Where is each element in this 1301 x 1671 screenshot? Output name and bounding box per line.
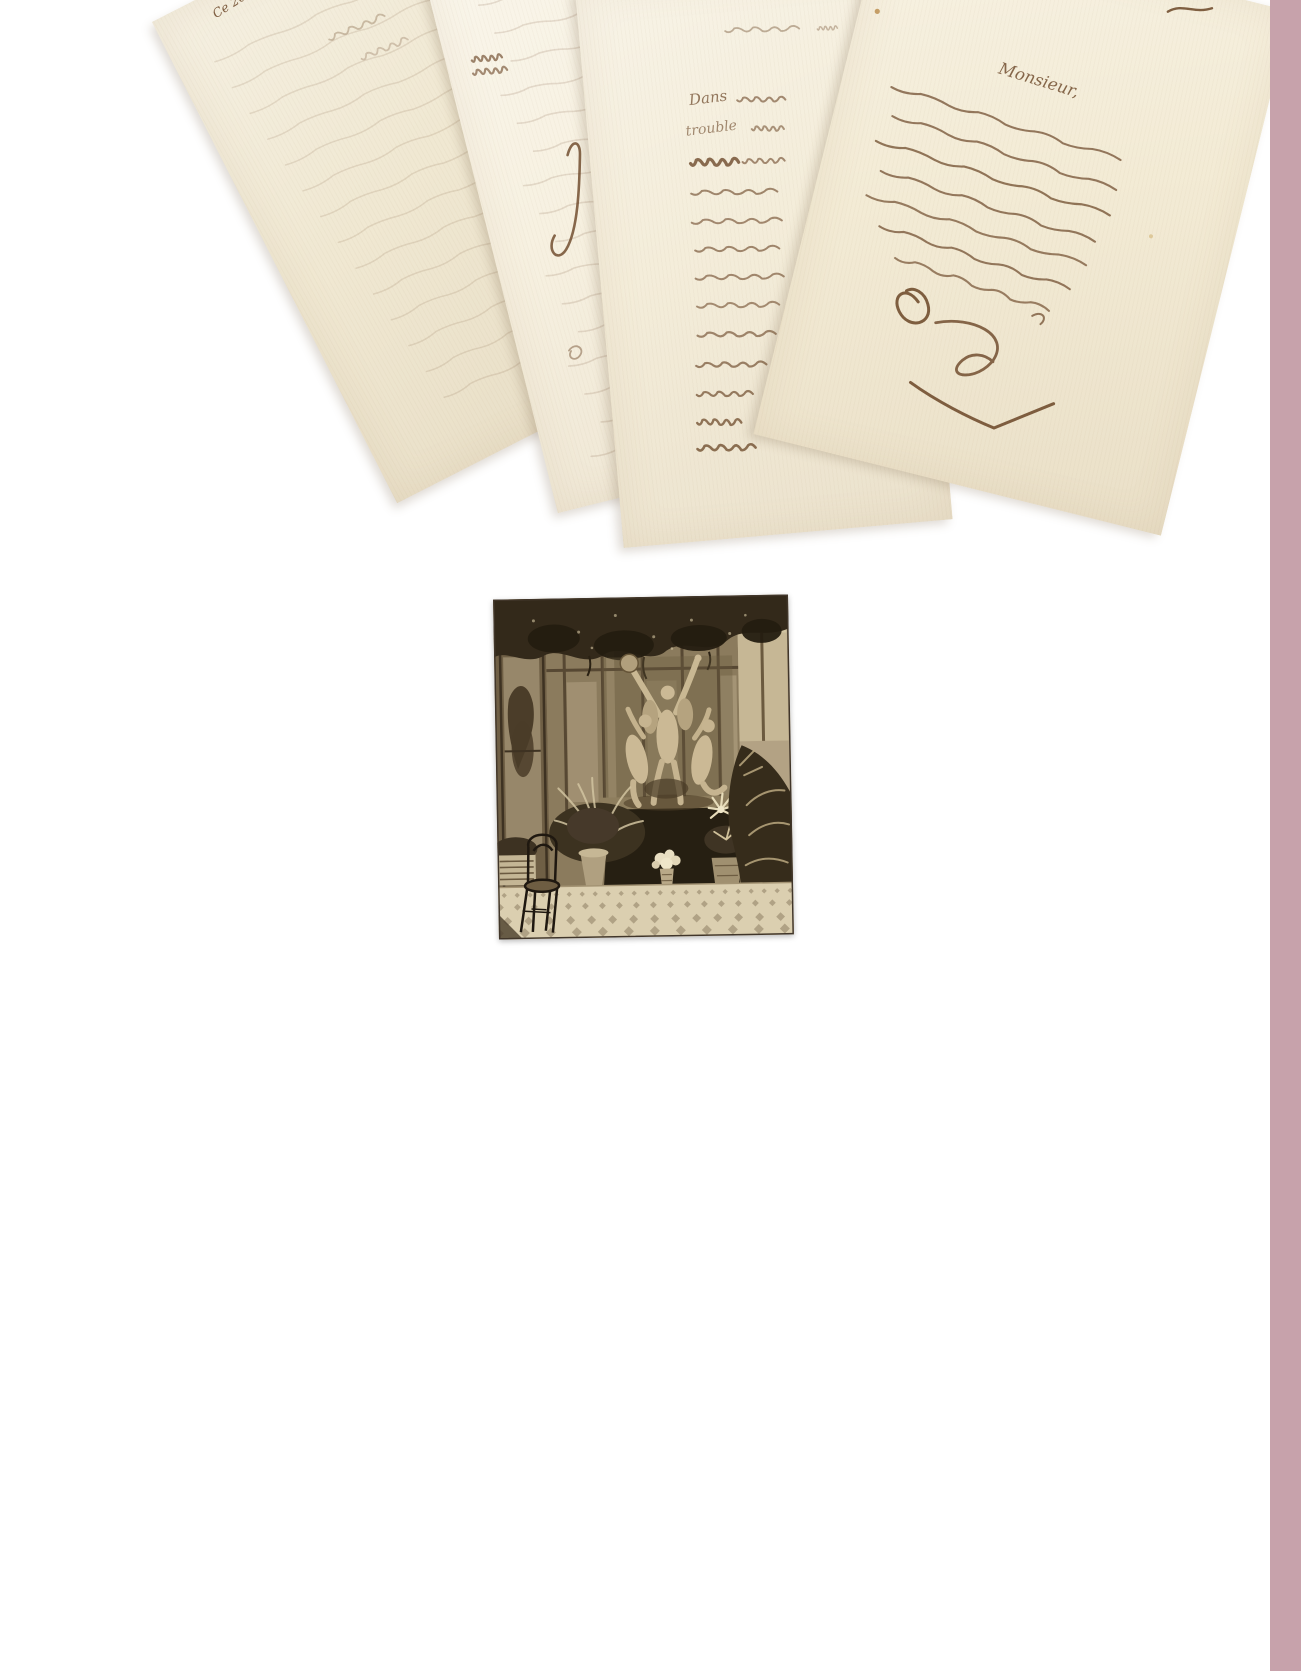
handwriting-line bbox=[472, 63, 507, 79]
foxing-spot bbox=[1149, 234, 1154, 239]
handwriting-line bbox=[692, 213, 782, 229]
handwriting-line bbox=[697, 327, 775, 341]
handwriting-line bbox=[691, 184, 777, 199]
photograph bbox=[493, 594, 794, 939]
cropped-ink-flourish bbox=[1168, 0, 1212, 22]
handwriting-line bbox=[876, 226, 1074, 289]
handwriting-line bbox=[695, 241, 779, 256]
signature-initial bbox=[893, 286, 933, 326]
handwriting-line bbox=[725, 23, 799, 36]
handwriting-line bbox=[737, 94, 785, 105]
handwriting-line bbox=[752, 124, 784, 133]
handwriting-line bbox=[892, 257, 1053, 311]
photograph-scene bbox=[493, 594, 794, 939]
handwriting-line bbox=[697, 441, 755, 454]
handwriting-line bbox=[695, 269, 783, 285]
accent-band bbox=[1270, 0, 1301, 1671]
handwriting-line bbox=[697, 388, 753, 400]
catalog-photograph: Ce 20 Dans trouble Monsieur, bbox=[0, 0, 1301, 1671]
handwriting-line bbox=[471, 51, 502, 66]
foxing-spot bbox=[874, 8, 880, 14]
radiator-grille bbox=[493, 837, 538, 886]
ink-curl bbox=[568, 345, 583, 360]
handwriting-line bbox=[697, 416, 741, 427]
handwriting-line bbox=[696, 358, 766, 371]
signature-flourish bbox=[925, 315, 1002, 381]
tambourine bbox=[620, 654, 638, 672]
handwriting-line bbox=[697, 298, 779, 313]
signature-paraph bbox=[905, 369, 1054, 441]
handwriting-line bbox=[742, 156, 784, 166]
handwriting-line bbox=[690, 156, 739, 168]
handwriting-line bbox=[817, 25, 837, 31]
ink-mark bbox=[1031, 312, 1045, 324]
